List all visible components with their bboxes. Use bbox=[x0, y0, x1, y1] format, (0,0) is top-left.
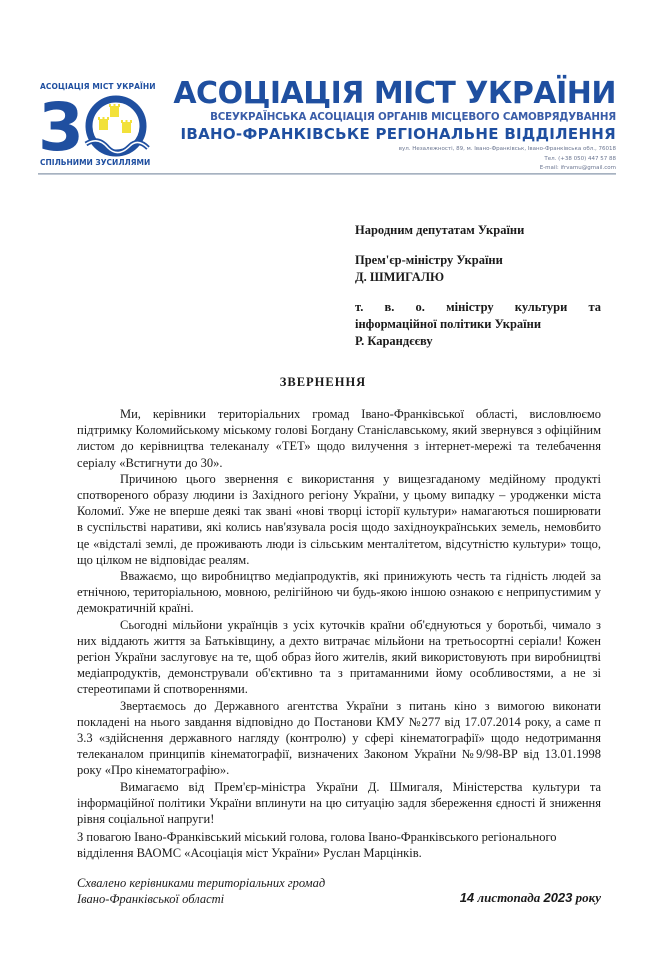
header-divider bbox=[38, 173, 616, 175]
organization-subtitle: ВСЕУКРАЇНСЬКА АСОЦІАЦІЯ ОРГАНІВ МІСЦЕВОГ… bbox=[173, 110, 616, 124]
document-title: ЗВЕРНЕННЯ bbox=[0, 375, 646, 390]
contact-email: E-mail: ifrvamu@gmail.com bbox=[173, 165, 616, 173]
association-logo: АСОЦІАЦІЯ МІСТ УКРАЇНИ 3 СПІЛЬНИМИ ЗУСИЛ… bbox=[36, 80, 160, 170]
paragraph: Вимагаємо від Прем'єр-міністра України Д… bbox=[77, 779, 601, 828]
date-day: 14 bbox=[460, 890, 474, 905]
addressee-minister-name: Р. Карандєєву bbox=[355, 333, 601, 350]
signature-block: З повагою Івано-Франківський міський гол… bbox=[77, 829, 607, 861]
paragraph: Вважаємо, що виробництво медіапродуктів,… bbox=[77, 568, 601, 617]
approval-line-2: Івано-Франківської області bbox=[77, 891, 325, 907]
date-year: 2023 bbox=[543, 890, 572, 905]
regional-branch: ІВАНО-ФРАНКІВСЬКЕ РЕГІОНАЛЬНЕ ВІДДІЛЕННЯ bbox=[173, 124, 616, 144]
date-suffix: року bbox=[572, 890, 601, 905]
addressee-ministry: інформаційної політики України bbox=[355, 316, 601, 333]
approval-note: Схвалено керівниками територіальних гром… bbox=[77, 875, 325, 907]
logo-top-text: АСОЦІАЦІЯ МІСТ УКРАЇНИ bbox=[40, 82, 156, 91]
addressee-minister-title: т. в. о. міністру культури та bbox=[355, 299, 601, 316]
paragraph: Звертаємось до Державного агентства Укра… bbox=[77, 698, 601, 779]
contact-phone: Тел. (+38 050) 447 57 88 bbox=[173, 156, 616, 164]
paragraph: Сьогодні мільйони українців з усіх куточ… bbox=[77, 617, 601, 698]
logo-bottom-text: СПІЛЬНИМИ ЗУСИЛЛЯМИ bbox=[40, 158, 150, 167]
logo-30-emblem-icon: 3 bbox=[36, 92, 160, 158]
addressee-deputies: Народним депутатам України bbox=[355, 222, 601, 239]
contact-address: вул. Незалежності, 89, м. Івано-Франківс… bbox=[173, 146, 616, 154]
paragraph: Причиною цього звернення є використання … bbox=[77, 471, 601, 568]
paragraph: Ми, керівники територіальних громад Іван… bbox=[77, 406, 601, 471]
letterhead-header: АСОЦІАЦІЯ МІСТ УКРАЇНИ ВСЕУКРАЇНСЬКА АСО… bbox=[173, 78, 616, 173]
organization-title: АСОЦІАЦІЯ МІСТ УКРАЇНИ bbox=[173, 78, 616, 110]
svg-text:3: 3 bbox=[38, 92, 84, 158]
addressee-prime-minister: Прем'єр-міністру України bbox=[355, 252, 601, 269]
addressee-block: Народним депутатам України Прем'єр-мініс… bbox=[355, 222, 601, 350]
date-month: листопада bbox=[474, 890, 543, 905]
addressee-pm-name: Д. ШМИГАЛЮ bbox=[355, 269, 601, 286]
letter-body: Ми, керівники територіальних громад Іван… bbox=[77, 406, 601, 827]
approval-line-1: Схвалено керівниками територіальних гром… bbox=[77, 875, 325, 891]
document-date: 14 листопада 2023 року bbox=[460, 890, 601, 906]
